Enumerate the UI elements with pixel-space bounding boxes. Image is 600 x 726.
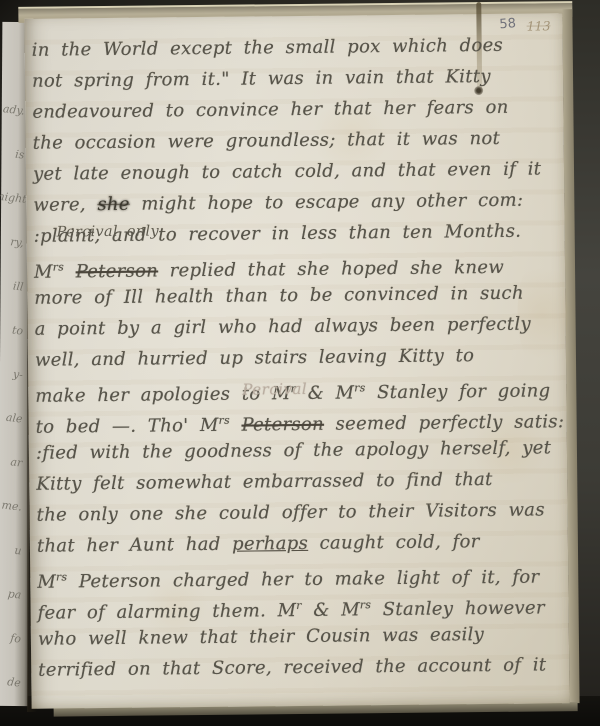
manuscript-line: more of Ill health than to be convinced … [34, 281, 561, 313]
handwriting-text [64, 261, 76, 282]
manuscript-line: Kitty felt somewhat embarrassed to find … [36, 467, 563, 499]
interlinear-insertion-percival-only: Percival only [57, 223, 159, 240]
manuscript-line: yet late enough to catch cold, and that … [33, 157, 560, 189]
handwriting-text: more of Ill health than to be convinced … [34, 283, 524, 309]
handwriting-text: Peterson charged her to make light of it… [67, 566, 539, 592]
manuscript-line: fear of alarming them. Mr & Mrs Stanley … [37, 591, 564, 623]
handwriting-text: rs [360, 598, 371, 611]
handwriting-text: yet late enough to catch cold, and that … [33, 158, 541, 184]
handwriting-text: M [37, 572, 56, 593]
gutter-text-fragment: me. [0, 498, 23, 512]
manuscript-line: who well knew that their Cousin was easi… [38, 622, 565, 654]
manuscript-line: not spring from it." It was in vain that… [32, 64, 559, 96]
manuscript-line: that her Aunt had perhaps caught cold, f… [37, 529, 564, 561]
handwriting-text: who well knew that their Cousin was easi… [38, 624, 484, 650]
manuscript-photo: ady.ismightry,illtoy-alearme.upafode 58 … [0, 0, 600, 726]
handwriting-text: well, and hurried up stairs leaving Kitt… [35, 345, 474, 371]
handwriting-text: in the World except the small pox which … [32, 35, 504, 61]
interlinear-insertion-percival-pencil: Percival [242, 380, 307, 399]
handwriting-text: caught cold, for [308, 531, 480, 554]
manuscript-line: Mrs Peterson replied that she hoped she … [34, 250, 561, 282]
handwriting-text: replied that she hoped she knew [158, 257, 504, 282]
manuscript-lines: in the World except the small pox which … [24, 13, 569, 709]
handwriting-text: might hope to escape any other com: [130, 190, 524, 215]
handwriting-text: Kitty felt somewhat embarrassed to find … [36, 469, 493, 495]
handwriting-text: the only one she could offer to their Vi… [36, 499, 544, 525]
manuscript-page-block: 58 113 in the World except the small pox… [16, 1, 579, 721]
handwriting-text: that her Aunt had [37, 534, 232, 557]
handwriting-text: endeavoured to convince her that her fea… [32, 97, 508, 123]
handwriting-text [230, 415, 242, 436]
struck-out-word: Peterson [241, 414, 324, 436]
gutter-text-fragment: de [0, 674, 21, 688]
handwriting-text: were, [33, 194, 97, 216]
handwriting-text: seemed perfectly satis: [324, 411, 564, 435]
manuscript-line: a point by a girl who had always been pe… [35, 312, 562, 344]
manuscript-line: the occasion were groundless; that it wa… [33, 126, 560, 158]
manuscript-page: 58 113 in the World except the small pox… [24, 13, 569, 709]
handwriting-text: a point by a girl who had always been pe… [35, 314, 532, 340]
handwriting-text: terrified on that Score, received the ac… [38, 654, 546, 680]
handwriting-text: fear of alarming them. M [38, 600, 297, 624]
underlined-word: perhaps [232, 533, 308, 555]
handwriting-text: the occasion were groundless; that it wa… [33, 128, 501, 154]
handwriting-text: not spring from it." It was in vain that… [32, 66, 491, 92]
handwriting-text: & M [302, 599, 360, 621]
gutter-text-fragment: fo [0, 630, 22, 644]
handwriting-text: M [34, 262, 53, 283]
handwriting-text: rs [53, 260, 64, 273]
gutter-text-fragment: pa [0, 586, 22, 600]
overwritten-word: she [97, 194, 130, 215]
handwriting-text: Stanley however [371, 597, 545, 620]
manuscript-line: to bed —. Tho' Mrs Peterson seemed perfe… [36, 405, 563, 437]
handwriting-text: Stanley for going [365, 380, 550, 403]
manuscript-line: terrified on that Score, received the ac… [38, 653, 565, 685]
handwriting-text: :fied with the goodness of the apology h… [36, 437, 551, 463]
manuscript-line: endeavoured to convince her that her fea… [32, 95, 559, 127]
manuscript-line: Mrs Peterson charged her to make light o… [37, 560, 564, 592]
manuscript-line: :fied with the goodness of the apology h… [36, 436, 563, 468]
manuscript-line: in the World except the small pox which … [32, 33, 559, 65]
handwriting-text: rs [56, 570, 67, 583]
manuscript-line: well, and hurried up stairs leaving Kitt… [35, 343, 562, 375]
manuscript-line: were, she might hope to escape any other… [33, 188, 560, 220]
handwriting-text: rs [219, 414, 230, 427]
handwriting-text: to bed —. Tho' M [36, 415, 219, 438]
gutter-text-fragment: u [0, 542, 22, 556]
handwriting-text: rs [354, 381, 365, 394]
struck-out-word: Peterson [76, 260, 159, 282]
manuscript-line: the only one she could offer to their Vi… [36, 498, 563, 530]
gutter-text-fragment: ar [0, 454, 23, 468]
